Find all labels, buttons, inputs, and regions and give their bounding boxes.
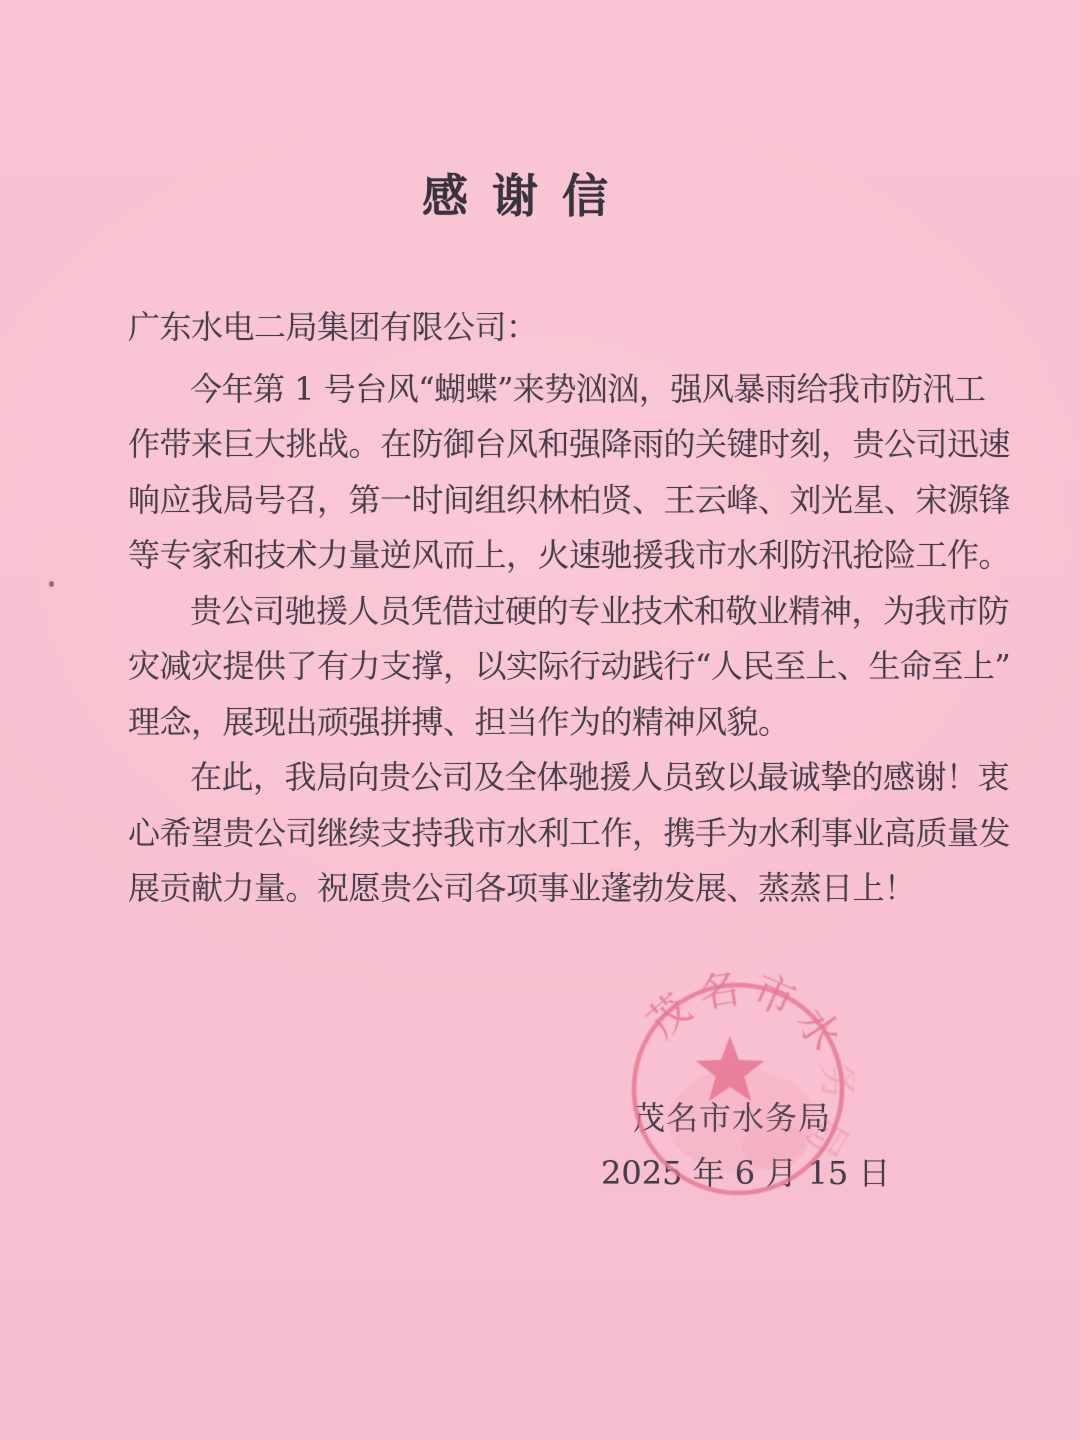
red-star-icon xyxy=(696,1036,764,1101)
seal-arc-text-main: 茂名市水 xyxy=(638,973,854,1066)
salutation: 广东水电二局集团有限公司： xyxy=(128,300,1010,356)
signature-org-name: 茂名市水务局 xyxy=(633,1093,831,1139)
paragraph-3-line-1: 在此，我局向贵公司及全体驰援人员致以最诚挚的感谢！衷 xyxy=(128,750,1010,806)
paragraph-2-line-3: 理念，展现出顽强拼搏、担当作为的精神风貌。 xyxy=(128,695,1010,751)
paragraph-3-line-3: 展贡献力量。祝愿贵公司各项事业蓬勃发展、蒸蒸日上！ xyxy=(128,861,1010,917)
paragraph-1-line-3: 响应我局号召，第一时间组织林柏贤、王云峰、刘光星、宋源锋 xyxy=(128,473,1010,529)
letter-page: 感 谢 信 广东水电二局集团有限公司： 今年第 1 号台风“蝴蝶”来势汹汹，强风… xyxy=(0,0,1080,1440)
paragraph-1-line-2: 作带来巨大挑战。在防御台风和强降雨的关键时刻，贵公司迅速 xyxy=(128,417,1010,473)
paragraph-1-line-4: 等专家和技术力量逆风而上，火速驰援我市水利防汛抢险工作。 xyxy=(128,528,1010,584)
letter-title: 感 谢 信 xyxy=(0,160,1057,226)
scan-speck xyxy=(49,581,54,587)
seal-arc-text: 茂名市水务局 xyxy=(638,973,854,1173)
paragraph-1-line-1: 今年第 1 号台风“蝴蝶”来势汹汹，强风暴雨给我市防汛工 xyxy=(128,362,1010,418)
paragraph-2-line-2: 灾减灾提供了有力支撑，以实际行动践行“人民至上、生命至上” xyxy=(128,639,1010,695)
letter-date: 2025 年 6 月 15 日 xyxy=(601,1148,890,1194)
paragraph-3-line-2: 心希望贵公司继续支持我市水利工作，携手为水利事业高质量发 xyxy=(128,806,1010,862)
paragraph-2-line-1: 贵公司驰援人员凭借过硬的专业技术和敬业精神，为我市防 xyxy=(128,584,1010,640)
letter-body: 广东水电二局集团有限公司： 今年第 1 号台风“蝴蝶”来势汹汹，强风暴雨给我市防… xyxy=(128,300,1010,917)
